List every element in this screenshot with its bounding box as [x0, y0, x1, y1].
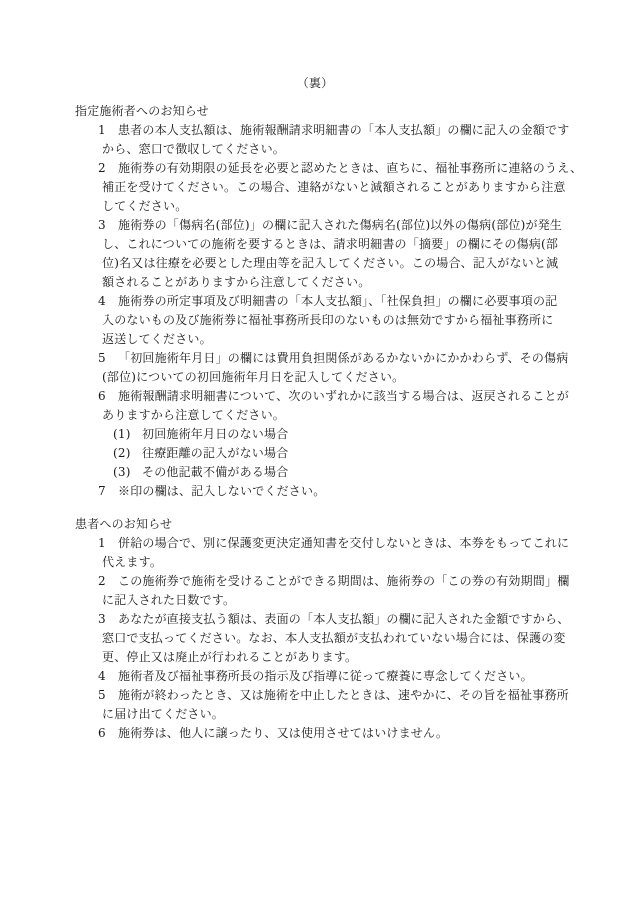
item-number: 4 [98, 667, 118, 686]
item-continuation-line: 窓口で支払ってください。なお、本人支払額が支払われていない場合には、保護の変 [75, 629, 602, 648]
subitem-text: その他記載不備がある場合 [142, 465, 288, 479]
list-item: 1患者の本人支払額は、施術報酬請求明細書の「本人支払額」の欄に記入の金額ですから… [75, 121, 602, 159]
item-text: 施術券の有効期限の延長を必要と認めたときは、直ちに、福祉事務所に連絡のうえ、 [118, 161, 582, 175]
subitem: (1)初回施術年月日のない場合 [75, 425, 602, 444]
item-continuation-line: してください。 [75, 197, 602, 216]
item-first-line: 4施術者及び福祉事務所長の指示及び指導に従って療養に専念してください。 [75, 667, 602, 686]
list-item: 5施術が終わったとき、又は施術を中止したときは、速やかに、その旨を福祉事務所に届… [75, 686, 602, 724]
item-text: 「初回施術年月日」の欄には費用負担関係があるかないかにかかわらず、その傷病 [118, 351, 568, 365]
item-number: 4 [98, 292, 118, 311]
item-first-line: 6施術券は、他人に譲ったり、又は使用させてはいけません。 [75, 724, 602, 743]
item-text: 施術者及び福祉事務所長の指示及び指導に従って療養に専念してください。 [118, 669, 533, 683]
item-number: 5 [98, 686, 118, 705]
item-continuation-line: から、窓口で徴収してください。 [75, 140, 602, 159]
item-text: あなたが直接支払う額は、表面の「本人支払額」の欄に記入された金額ですから、 [118, 612, 569, 626]
item-first-line: 6施術報酬請求明細書について、次のいずれかに該当する場合は、返戻されることが [75, 387, 602, 406]
item-continuation-line: 補正を受けてください。この場合、連絡がないと減額されることがありますから注意 [75, 178, 602, 197]
item-number: 2 [98, 572, 118, 591]
list-item: 4施術券の所定事項及び明細書の「本人支払額」、「社保負担」の欄に必要事項の記入の… [75, 292, 602, 349]
section-patient-notice: 患者へのお知らせ 1併給の場合で、別に保護変更決定通知書を交付しないときは、本券… [75, 515, 602, 743]
list-item: 3施術券の「傷病名(部位)」の欄に記入された傷病名(部位)以外の傷病(部位)が発… [75, 216, 602, 292]
item-first-line: 5施術が終わったとき、又は施術を中止したときは、速やかに、その旨を福祉事務所 [75, 686, 602, 705]
item-number: 1 [98, 121, 118, 140]
item-continuation-line: 位)名又は往療を必要とした理由等を記入してください。この場合、記入がないと減 [75, 254, 602, 273]
subitem: (3)その他記載不備がある場合 [75, 463, 602, 482]
item-continuation-line: 額されることがありますから注意してください。 [75, 273, 602, 292]
item-first-line: 2施術券の有効期限の延長を必要と認めたときは、直ちに、福祉事務所に連絡のうえ、 [75, 159, 602, 178]
item-first-line: 3あなたが直接支払う額は、表面の「本人支払額」の欄に記入された金額ですから、 [75, 610, 602, 629]
document-page: （裏） 指定施術者へのお知らせ 1患者の本人支払額は、施術報酬請求明細書の「本人… [0, 0, 630, 903]
item-first-line: 7※印の欄は、記入しないでください。 [75, 482, 602, 501]
subitem-text: 初回施術年月日のない場合 [142, 427, 288, 441]
section-practitioner-notice: 指定施術者へのお知らせ 1患者の本人支払額は、施術報酬請求明細書の「本人支払額」… [75, 102, 602, 501]
list-item: 5「初回施術年月日」の欄には費用負担関係があるかないかにかかわらず、その傷病(部… [75, 349, 602, 387]
item-first-line: 4施術券の所定事項及び明細書の「本人支払額」、「社保負担」の欄に必要事項の記 [75, 292, 602, 311]
list-item: 4施術者及び福祉事務所長の指示及び指導に従って療養に専念してください。 [75, 667, 602, 686]
item-continuation-line: 入のないもの及び施術券に福祉事務所長印のないものは無効ですから福祉事務所に [75, 311, 602, 330]
list-item: 7※印の欄は、記入しないでください。 [75, 482, 602, 501]
items-list: 1患者の本人支払額は、施術報酬請求明細書の「本人支払額」の欄に記入の金額ですから… [75, 121, 602, 501]
item-number: 3 [98, 610, 118, 629]
subitem-number: (1) [113, 425, 142, 444]
item-first-line: 1併給の場合で、別に保護変更決定通知書を交付しないときは、本券をもってこれに [75, 534, 602, 553]
item-continuation-line: に記入された日数です。 [75, 591, 602, 610]
item-first-line: 5「初回施術年月日」の欄には費用負担関係があるかないかにかかわらず、その傷病 [75, 349, 602, 368]
section-heading: 患者へのお知らせ [75, 515, 602, 534]
document-content: 指定施術者へのお知らせ 1患者の本人支払額は、施術報酬請求明細書の「本人支払額」… [0, 93, 630, 743]
item-number: 7 [98, 482, 118, 501]
item-text: 施術券は、他人に譲ったり、又は使用させてはいけません。 [118, 726, 448, 740]
item-text: 併給の場合で、別に保護変更決定通知書を交付しないときは、本券をもってこれに [118, 536, 569, 550]
subitem-number: (2) [113, 444, 142, 463]
item-continuation-line: 更、停止又は廃止が行われることがあります。 [75, 648, 602, 667]
item-text: 患者の本人支払額は、施術報酬請求明細書の「本人支払額」の欄に記入の金額です [118, 123, 569, 137]
item-number: 1 [98, 534, 118, 553]
items-list: 1併給の場合で、別に保護変更決定通知書を交付しないときは、本券をもってこれに代え… [75, 534, 602, 743]
item-continuation-line: 返送してください。 [75, 330, 602, 349]
list-item: 2施術券の有効期限の延長を必要と認めたときは、直ちに、福祉事務所に連絡のうえ、補… [75, 159, 602, 216]
item-continuation-line: 代えます。 [75, 553, 602, 572]
item-number: 5 [98, 349, 118, 368]
item-continuation-line: に届け出てください。 [75, 705, 602, 724]
item-continuation-line: (部位)についての初回施術年月日を記入してください。 [75, 368, 602, 387]
item-text: 施術報酬請求明細書について、次のいずれかに該当する場合は、返戻されることが [118, 389, 569, 403]
item-number: 6 [98, 724, 118, 743]
list-item: 1併給の場合で、別に保護変更決定通知書を交付しないときは、本券をもってこれに代え… [75, 534, 602, 572]
item-continuation-line: ありますから注意してください。 [75, 406, 602, 425]
item-number: 3 [98, 216, 118, 235]
item-text: 施術券の所定事項及び明細書の「本人支払額」、「社保負担」の欄に必要事項の記 [118, 294, 557, 308]
item-text: ※印の欄は、記入しないでください。 [118, 484, 325, 498]
list-item: 2この施術券で施術を受けることができる期間は、施術券の「この券の有効期間」欄に記… [75, 572, 602, 610]
section-heading: 指定施術者へのお知らせ [75, 102, 602, 121]
item-text: この施術券で施術を受けることができる期間は、施術券の「この券の有効期間」欄 [118, 574, 569, 588]
item-first-line: 1患者の本人支払額は、施術報酬請求明細書の「本人支払額」の欄に記入の金額です [75, 121, 602, 140]
list-item: 6施術報酬請求明細書について、次のいずれかに該当する場合は、返戻されることがあり… [75, 387, 602, 482]
subitem-text: 往療距離の記入がない場合 [142, 446, 288, 460]
list-item: 6施術券は、他人に譲ったり、又は使用させてはいけません。 [75, 724, 602, 743]
item-first-line: 3施術券の「傷病名(部位)」の欄に記入された傷病名(部位)以外の傷病(部位)が発… [75, 216, 602, 235]
subitem: (2)往療距離の記入がない場合 [75, 444, 602, 463]
item-text: 施術が終わったとき、又は施術を中止したときは、速やかに、その旨を福祉事務所 [118, 688, 569, 702]
list-item: 3あなたが直接支払う額は、表面の「本人支払額」の欄に記入された金額ですから、窓口… [75, 610, 602, 667]
item-text: 施術券の「傷病名(部位)」の欄に記入された傷病名(部位)以外の傷病(部位)が発生 [118, 218, 562, 232]
item-continuation-line: し、これについての施術を要するときは、請求明細書の「摘要」の欄にその傷病(部 [75, 235, 602, 254]
item-first-line: 2この施術券で施術を受けることができる期間は、施術券の「この券の有効期間」欄 [75, 572, 602, 591]
item-number: 6 [98, 387, 118, 406]
subitem-number: (3) [113, 463, 142, 482]
side-label: （裏） [0, 74, 630, 93]
item-number: 2 [98, 159, 118, 178]
